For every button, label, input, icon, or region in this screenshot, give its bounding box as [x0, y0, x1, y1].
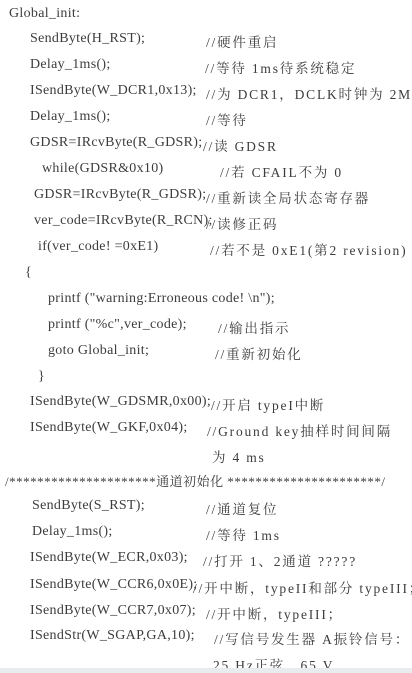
- comment-text: //通道复位: [206, 498, 278, 518]
- code-line: GDSR=IRcvByte(R_GDSR);//重新读全局状态寄存器: [0, 187, 412, 211]
- comment-text: //开启 typeI中断: [211, 394, 325, 414]
- code-text: if(ver_code! =0xE1): [38, 239, 159, 255]
- code-text: ver_code=IRcvByte(R_RCN);: [34, 213, 213, 229]
- comment-text: //若 CFAIL不为 0: [220, 161, 343, 181]
- code-line: Delay_1ms();//等待: [0, 109, 412, 133]
- comment-text: //开中断，typeIII；: [206, 603, 343, 623]
- code-line: GDSR=IRcvByte(R_GDSR);//读 GDSR: [0, 135, 412, 159]
- code-line: ISendByte(W_GDSMR,0x00);//开启 typeI中断: [0, 394, 412, 418]
- code-line: ISendByte(W_ECR,0x03);//打开 1、2通道 ?????: [0, 550, 412, 574]
- code-line: Delay_1ms();//等待 1ms: [0, 524, 412, 548]
- code-text: Delay_1ms();: [32, 524, 113, 540]
- code-line: ver_code=IRcvByte(R_RCN);//读修正码: [0, 213, 412, 237]
- comment-text: //写信号发生器 A振铃信号：: [214, 628, 410, 648]
- code-line: ISendByte(W_DCR1,0x13);//为 DCR1，DCLK时钟为 …: [0, 83, 412, 107]
- comment-text: //读 GDSR: [203, 135, 278, 155]
- comment-text: //输出指示: [218, 317, 290, 337]
- code-text: SendByte(H_RST);: [30, 31, 145, 47]
- code-line: {: [0, 265, 412, 289]
- comment-text: //为 DCR1，DCLK时钟为 2M: [206, 83, 412, 103]
- code-text: GDSR=IRcvByte(R_GDSR);: [30, 135, 202, 151]
- comment-text: //硬件重启: [206, 31, 278, 51]
- code-text: ISendStr(W_SGAP,GA,10);: [30, 628, 195, 644]
- code-line: if(ver_code! =0xE1)//若不是 0xE1(第2 revisio…: [0, 239, 412, 263]
- comment-text: //重新读全局状态寄存器: [206, 187, 370, 207]
- comment-text: //若不是 0xE1(第2 revision): [210, 239, 407, 259]
- code-line: SendByte(S_RST);//通道复位: [0, 498, 412, 522]
- code-line: 为 4 ms: [0, 446, 412, 470]
- separator-text: /*********************通道初始化 ************…: [5, 471, 385, 490]
- code-text: ISendByte(W_CCR7,0x07);: [30, 603, 196, 619]
- comment-text: //读修正码: [206, 213, 278, 233]
- code-text: GDSR=IRcvByte(R_GDSR);: [34, 187, 206, 203]
- code-text: ISendByte(W_GKF,0x04);: [30, 420, 188, 436]
- code-line: ISendByte(W_CCR6,0x0E);//开中断，typeII和部分 t…: [0, 577, 412, 601]
- code-text: goto Global_init;: [48, 343, 149, 359]
- code-text: ISendByte(W_GDSMR,0x00);: [30, 394, 211, 410]
- code-line: ISendStr(W_SGAP,GA,10);//写信号发生器 A振铃信号：: [0, 628, 412, 652]
- comment-text: //打开 1、2通道 ?????: [203, 550, 357, 570]
- code-line: ISendByte(W_GKF,0x04);//Ground key抽样时间间隔: [0, 420, 412, 444]
- code-line: goto Global_init;//重新初始化: [0, 343, 412, 367]
- code-text: while(GDSR&0x10): [42, 161, 163, 177]
- code-text: SendByte(S_RST);: [32, 498, 145, 514]
- separator-line: /*********************通道初始化 ************…: [0, 471, 412, 495]
- code-text: ISendByte(W_ECR,0x03);: [30, 550, 188, 566]
- code-text: printf ("%c",ver_code);: [48, 317, 187, 333]
- code-text: Global_init:: [9, 6, 80, 22]
- code-text: ISendByte(W_DCR1,0x13);: [30, 83, 197, 99]
- code-line: Global_init:: [0, 6, 412, 30]
- code-line: }: [0, 369, 412, 393]
- code-text: Delay_1ms();: [30, 109, 111, 125]
- code-text: ISendByte(W_CCR6,0x0E);: [30, 577, 198, 593]
- document-page: Global_init:SendByte(H_RST);//硬件重启Delay_…: [0, 0, 412, 673]
- code-line: ISendByte(W_CCR7,0x07);//开中断，typeIII；: [0, 603, 412, 627]
- code-line: printf ("warning:Erroneous code! \n");: [0, 291, 412, 315]
- code-line: printf ("%c",ver_code);//输出指示: [0, 317, 412, 341]
- comment-text: //重新初始化: [215, 343, 303, 363]
- comment-text: 为 4 ms: [212, 446, 266, 466]
- code-text: {: [25, 265, 32, 281]
- page-edge-shadow: [0, 668, 412, 673]
- code-text: }: [38, 369, 45, 385]
- comment-text: //等待 1ms待系统稳定: [205, 57, 356, 77]
- code-line: SendByte(H_RST);//硬件重启: [0, 31, 412, 55]
- code-line: Delay_1ms();//等待 1ms待系统稳定: [0, 57, 412, 81]
- code-line: while(GDSR&0x10)//若 CFAIL不为 0: [0, 161, 412, 185]
- code-text: Delay_1ms();: [30, 57, 111, 73]
- comment-text: //开中断，typeII和部分 typeIII；: [193, 577, 412, 597]
- comment-text: //等待: [206, 109, 248, 129]
- comment-text: //等待 1ms: [206, 524, 281, 544]
- comment-text: //Ground key抽样时间间隔: [207, 420, 392, 440]
- code-text: printf ("warning:Erroneous code! \n");: [48, 291, 275, 307]
